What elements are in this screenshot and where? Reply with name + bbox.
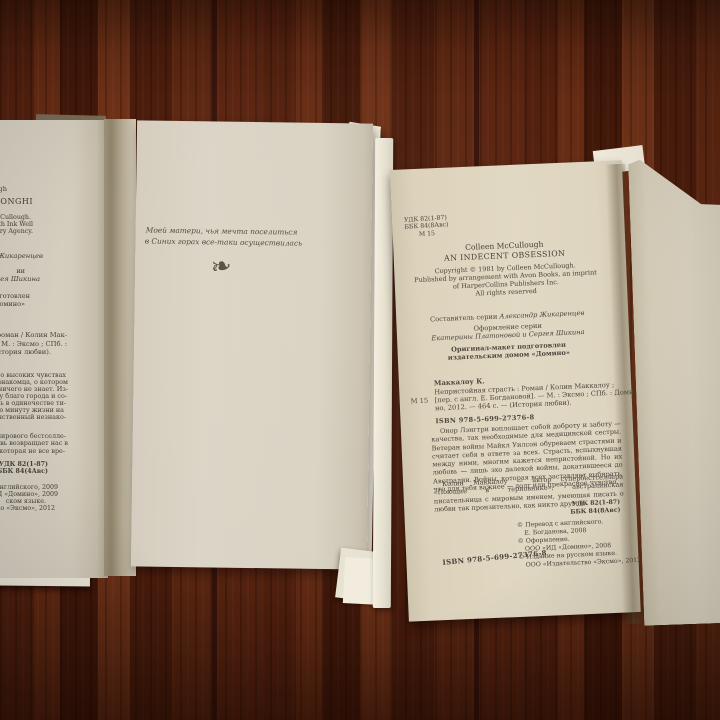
annotation2-fragment-2: вновь возвращает нас в	[0, 440, 68, 446]
series-compiler-fragment: др Жикаренцев	[0, 253, 43, 260]
layout-fragment-2: «Домино»	[0, 301, 25, 308]
right-book-blank-page	[628, 155, 720, 625]
cataloguing-block: УДК 82(1-87)ББК 84(8Авс)М 15	[404, 214, 449, 239]
right-book: УДК 82(1-87)ББК 84(8Авс)М 15 Colleen McC…	[336, 130, 720, 635]
catalog-fragment-3: стория любви).	[0, 349, 51, 356]
layout-fragment-1: дготовлен	[0, 293, 30, 300]
annotation-fragment-7: таинственный незнако-	[0, 414, 66, 420]
index-m15: М 15	[405, 230, 436, 239]
right-book-fore-edge	[373, 138, 393, 608]
series-compiler-label: Составитель серии	[430, 313, 500, 324]
catalog-fragment-1: роман / Колин Мак-	[0, 332, 67, 339]
catalog-index-m15: М 15	[411, 398, 429, 405]
right-book-copyright-page: УДК 82(1-87)ББК 84(8Авс)М 15 Colleen McC…	[390, 160, 641, 621]
annotation2-fragment-3: е, которая не все вре-	[0, 448, 65, 454]
catalog-fragment-2: — М. : Эксмо ; СПб. :	[0, 341, 67, 348]
photo-books-on-wooden-table: { "colors": { "wood_base": "#53200e", "w…	[0, 0, 720, 720]
copyright-en-fragment-3: terary Agency.	[0, 229, 33, 235]
series-design-fragment-1: ии	[16, 268, 25, 275]
bbk-code: ББК 84(4Авс)	[0, 469, 48, 475]
copyright-ru-fragment-4: тво «Эксмо», 2012	[0, 506, 55, 512]
author-fragment: ough	[0, 186, 7, 193]
dedication-line-2: в Синих горах все-таки осуществилась	[135, 237, 311, 247]
fleuron-ornament-icon: ❧	[189, 249, 252, 283]
left-book-left-page: ough SALONGHI Cullough. ment with Ink We…	[0, 120, 108, 578]
series-design-fragment-2: Сергея Шикина	[0, 276, 40, 283]
left-book: ough SALONGHI Cullough. ment with Ink We…	[0, 112, 386, 600]
bbk-bottom: ББК 84(8Авс)	[570, 508, 620, 516]
title-fragment: SALONGHI	[0, 198, 33, 206]
dedication-line-1: Моей матери, чья мечта поселиться	[136, 226, 308, 236]
series-compiler-name: Александр Жикаренцев	[499, 309, 584, 321]
